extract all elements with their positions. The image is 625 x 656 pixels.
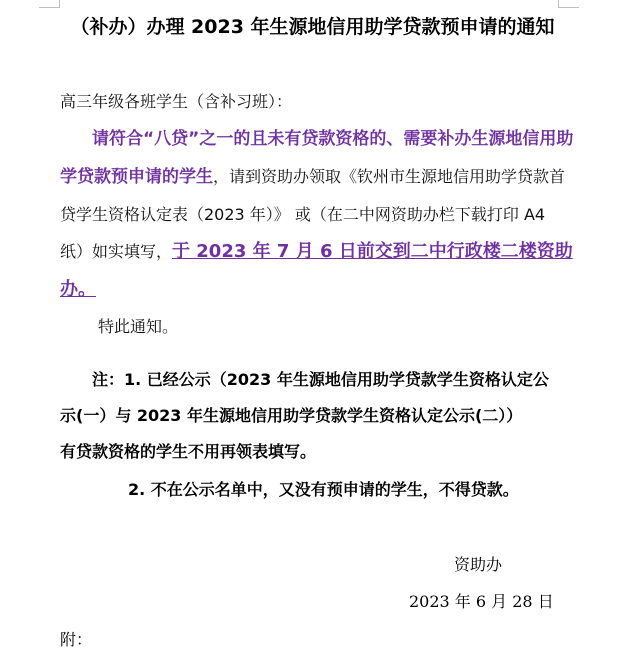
eligibility-text: 请符合“八贷”之一的且未有贷款资格的、需要补办生源地信用助 [92,129,573,149]
deadline-text-cont: 办。 [60,279,96,300]
body-line-1: 请符合“八贷”之一的且未有贷款资格的、需要补办生源地信用助 [92,129,573,149]
page-corner-mark-right [558,0,579,8]
attachment-label: 附： [60,630,92,650]
closing-text: 特此通知。 [98,317,178,337]
note-2: 2. 不在公示名单中，又没有预申请的学生，不得贷款。 [128,480,519,500]
body-line-5: 办。 [60,280,96,300]
note-1-line-2: 示(一）与 2023 年生源地信用助学贷款学生资格认定公示(二）） [60,406,522,426]
note-1-line-3: 有贷款资格的学生不用再领表填写。 [60,442,316,462]
eligibility-text-cont: 学贷款预申请的学生 [60,167,213,187]
signature-office: 资助办 [454,555,502,575]
instruction-text: ，请到资助办领取《钦州市生源地信用助学贷款首 [213,167,565,186]
deadline-text: 于 2023 年 7 月 6 日前交到二中行政楼二楼资助 [172,241,573,262]
page-corner-mark-left [39,0,60,8]
note-1-line-1: 注：1. 已经公示（2023 年生源地信用助学贷款学生资格认定公 [92,370,549,390]
salutation: 高三年级各班学生（含补习班）： [60,92,292,112]
document-title: （补办）办理 2023 年生源地信用助学贷款预申请的通知 [0,12,625,39]
body-line-2: 学贷款预申请的学生，请到资助办领取《钦州市生源地信用助学贷款首 [60,167,565,187]
body-line-3: 贷学生资格认定表（2023 年）》 或（在二中网资助办栏下载打印 A4 [60,205,545,225]
body-line-4: 纸）如实填写，于 2023 年 7 月 6 日前交到二中行政楼二楼资助 [60,242,573,262]
signature-date: 2023 年 6 月 28 日 [409,592,554,612]
fill-in-text: 纸）如实填写， [60,242,172,261]
